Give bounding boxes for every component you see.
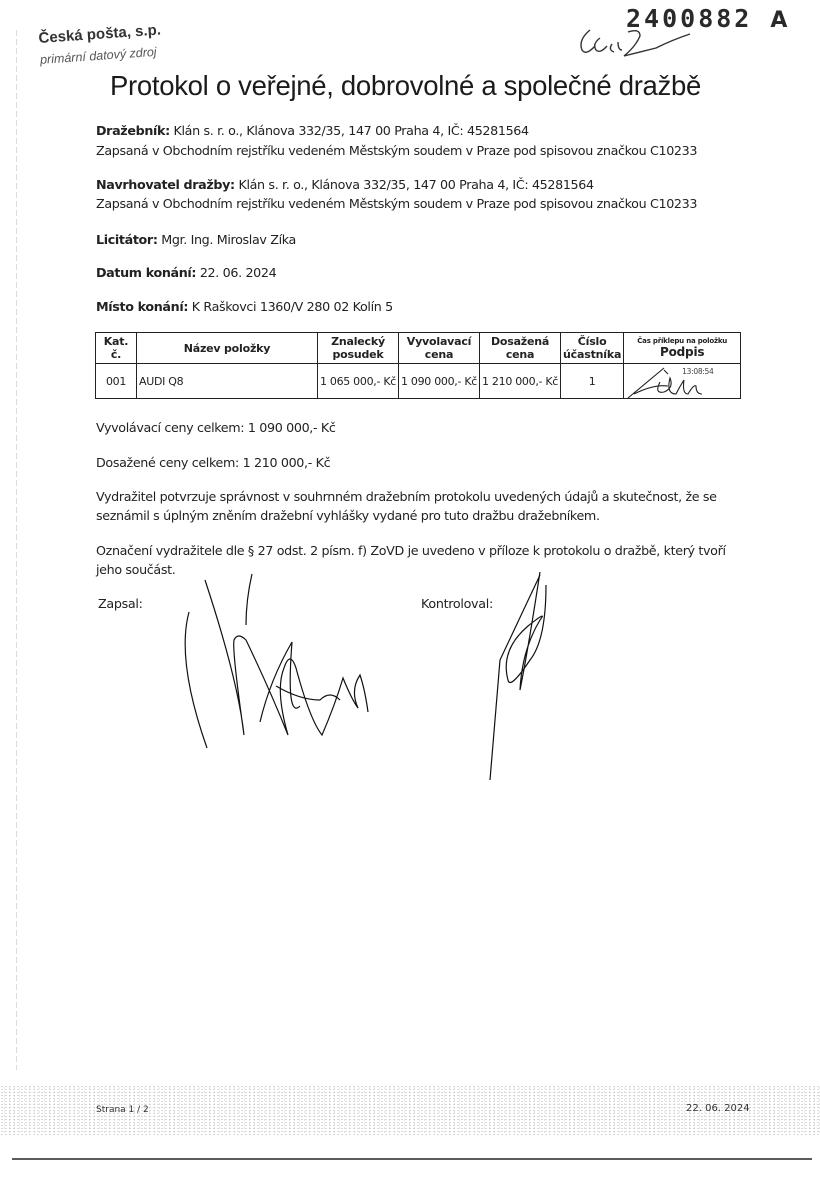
- footer-date: 22. 06. 2024: [686, 1103, 750, 1114]
- document-page: Česká pošta, s.p. primární datový zdroj …: [0, 0, 820, 1177]
- recorder-signature-icon: [185, 574, 368, 748]
- handwritten-signatures: [0, 0, 820, 800]
- page-number: Strana 1 / 2: [96, 1105, 149, 1115]
- bottom-rule: [12, 1158, 812, 1160]
- checker-signature-icon: [490, 572, 546, 780]
